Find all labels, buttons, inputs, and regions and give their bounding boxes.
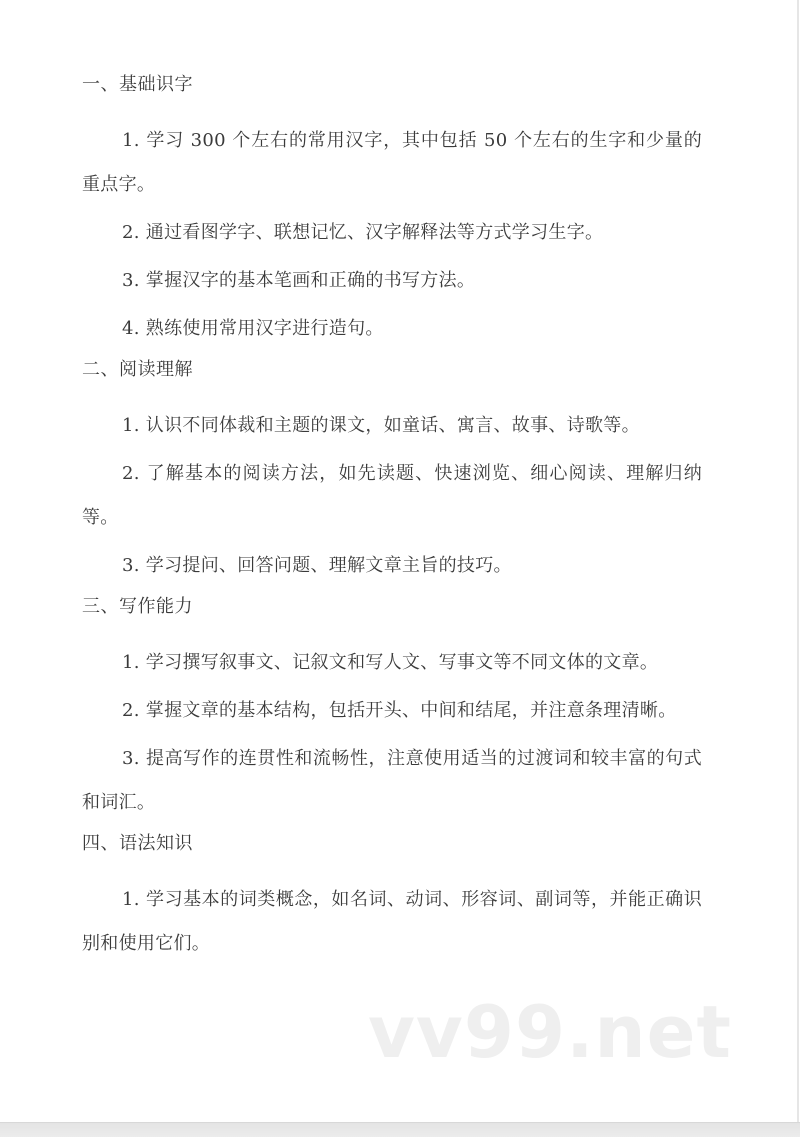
list-item: 3. 提高写作的连贯性和流畅性，注意使用适当的过渡词和较丰富的句式和词汇。 [82, 737, 702, 825]
section-writing-ability: 三、写作能力 1. 学习撰写叙事文、记叙文和写人文、写事文等不同文体的文章。 2… [82, 592, 702, 825]
list-item: 2. 通过看图学字、联想记忆、汉字解释法等方式学习生字。 [82, 211, 702, 255]
section-heading: 四、语法知识 [82, 829, 702, 859]
document-content: 一、基础识字 1. 学习 300 个左右的常用汉字，其中包括 50 个左右的生字… [82, 70, 702, 970]
list-item: 2. 了解基本的阅读方法，如先读题、快速浏览、细心阅读、理解归纳等。 [82, 452, 702, 540]
section-basic-literacy: 一、基础识字 1. 学习 300 个左右的常用汉字，其中包括 50 个左右的生字… [82, 70, 702, 351]
list-item: 4. 熟练使用常用汉字进行造句。 [82, 307, 702, 351]
page-bottom-edge [0, 1122, 800, 1137]
list-item: 1. 学习 300 个左右的常用汉字，其中包括 50 个左右的生字和少量的重点字… [82, 119, 702, 207]
list-item: 3. 掌握汉字的基本笔画和正确的书写方法。 [82, 259, 702, 303]
section-grammar-knowledge: 四、语法知识 1. 学习基本的词类概念，如名词、动词、形容词、副词等，并能正确识… [82, 829, 702, 966]
watermark: vv99.net [368, 990, 732, 1074]
section-heading: 三、写作能力 [82, 592, 702, 622]
section-reading-comprehension: 二、阅读理解 1. 认识不同体裁和主题的课文，如童话、寓言、故事、诗歌等。 2.… [82, 355, 702, 588]
section-heading: 一、基础识字 [82, 70, 702, 100]
section-heading: 二、阅读理解 [82, 355, 702, 385]
list-item: 1. 学习基本的词类概念，如名词、动词、形容词、副词等，并能正确识别和使用它们。 [82, 878, 702, 966]
list-item: 1. 认识不同体裁和主题的课文，如童话、寓言、故事、诗歌等。 [82, 404, 702, 448]
document-page: 一、基础识字 1. 学习 300 个左右的常用汉字，其中包括 50 个左右的生字… [0, 0, 799, 1122]
list-item: 2. 掌握文章的基本结构，包括开头、中间和结尾，并注意条理清晰。 [82, 689, 702, 733]
list-item: 1. 学习撰写叙事文、记叙文和写人文、写事文等不同文体的文章。 [82, 641, 702, 685]
list-item: 3. 学习提问、回答问题、理解文章主旨的技巧。 [82, 544, 702, 588]
